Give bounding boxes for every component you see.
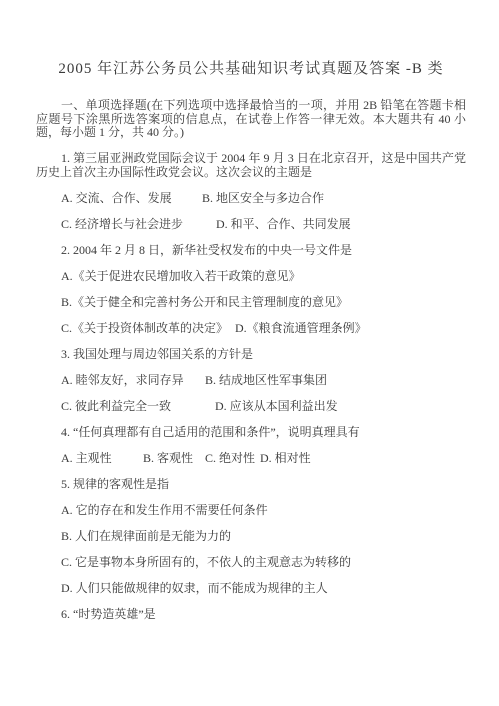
option-1-D: D. 和平、合作、共同发展 xyxy=(216,218,351,232)
option-4-B: B. 客观性 xyxy=(143,452,205,466)
question-5-option-row-4: D. 人们只能做规律的奴隶，而不能成为规律的主人 xyxy=(36,582,466,596)
question-3-option-row-1: A. 睦邻友好，求同存异B. 结成地区性军事集团 xyxy=(36,374,466,388)
question-2-option-row-3: C.《关于投资体制改革的决定》D.《粮食流通管理条例》 xyxy=(36,322,466,336)
question-6-stem: 6. “时势造英雄”是 xyxy=(36,608,466,622)
section-instructions: 一、单项选择题(在下列选项中选择最恰当的一项，并用 2B 铅笔在答题卡相应题号下… xyxy=(36,99,466,140)
option-1-B: B. 地区安全与多边合作 xyxy=(202,192,324,206)
question-4-option-row-1: A. 主观性B. 客观性C. 绝对性D. 相对性 xyxy=(36,452,466,466)
question-5-option-row-2: B. 人们在规律面前是无能为力的 xyxy=(36,530,466,544)
option-4-C: C. 绝对性 xyxy=(205,452,260,466)
option-4-A: A. 主观性 xyxy=(61,452,143,466)
question-2-option-row-1: A.《关于促进农民增加收入若干政策的意见》 xyxy=(36,270,466,284)
option-2-A: A.《关于促进农民增加收入若干政策的意见》 xyxy=(61,270,301,284)
option-2-C: C.《关于投资体制改革的决定》 xyxy=(61,322,235,336)
option-4-D: D. 相对性 xyxy=(260,452,311,466)
option-3-D: D. 应该从本国利益出发 xyxy=(215,400,338,414)
option-5-D: D. 人们只能做规律的奴隶，而不能成为规律的主人 xyxy=(61,582,328,596)
option-2-B: B.《关于健全和完善村务公开和民主管理制度的意见》 xyxy=(61,296,348,310)
question-3-option-row-2: C. 彼此利益完全一致D. 应该从本国利益出发 xyxy=(36,400,466,414)
question-4-stem: 4. “任何真理都有自己适用的范围和条件”，说明真理具有 xyxy=(36,426,466,440)
question-3-stem: 3. 我国处理与周边邻国关系的方针是 xyxy=(36,348,466,362)
question-2-stem: 2. 2004 年 2 月 8 日，新华社受权发布的中央一号文件是 xyxy=(36,244,466,258)
option-2-D: D.《粮食流通管理条例》 xyxy=(235,322,367,336)
question-5-option-row-3: C. 它是事物本身所固有的，不依人的主观意志为转移的 xyxy=(36,556,466,570)
document-page: 2005 年江苏公务员公共基础知识考试真题及答案 -B 类 一、单项选择题(在下… xyxy=(0,0,499,706)
page-title: 2005 年江苏公务员公共基础知识考试真题及答案 -B 类 xyxy=(36,61,466,78)
option-1-A: A. 交流、合作、发展 xyxy=(61,192,202,206)
question-5-option-row-1: A. 它的存在和发生作用不需要任何条件 xyxy=(36,504,466,518)
option-5-C: C. 它是事物本身所固有的，不依人的主观意志为转移的 xyxy=(61,556,351,570)
option-5-B: B. 人们在规律面前是无能为力的 xyxy=(61,530,231,544)
option-1-C: C. 经济增长与社会进步 xyxy=(61,218,216,232)
question-1-option-row-1: A. 交流、合作、发展B. 地区安全与多边合作 xyxy=(36,192,466,206)
option-3-A: A. 睦邻友好，求同存异 xyxy=(61,374,205,388)
option-3-C: C. 彼此利益完全一致 xyxy=(61,400,215,414)
option-3-B: B. 结成地区性军事集团 xyxy=(205,374,327,388)
option-5-A: A. 它的存在和发生作用不需要任何条件 xyxy=(61,504,268,518)
question-2-option-row-2: B.《关于健全和完善村务公开和民主管理制度的意见》 xyxy=(36,296,466,310)
question-5-stem: 5. 规律的客观性是指 xyxy=(36,478,466,492)
question-1-option-row-2: C. 经济增长与社会进步D. 和平、合作、共同发展 xyxy=(36,218,466,232)
question-1-stem: 1. 第三届亚洲政党国际会议于 2004 年 9 月 3 日在北京召开，这是中国… xyxy=(36,152,466,179)
